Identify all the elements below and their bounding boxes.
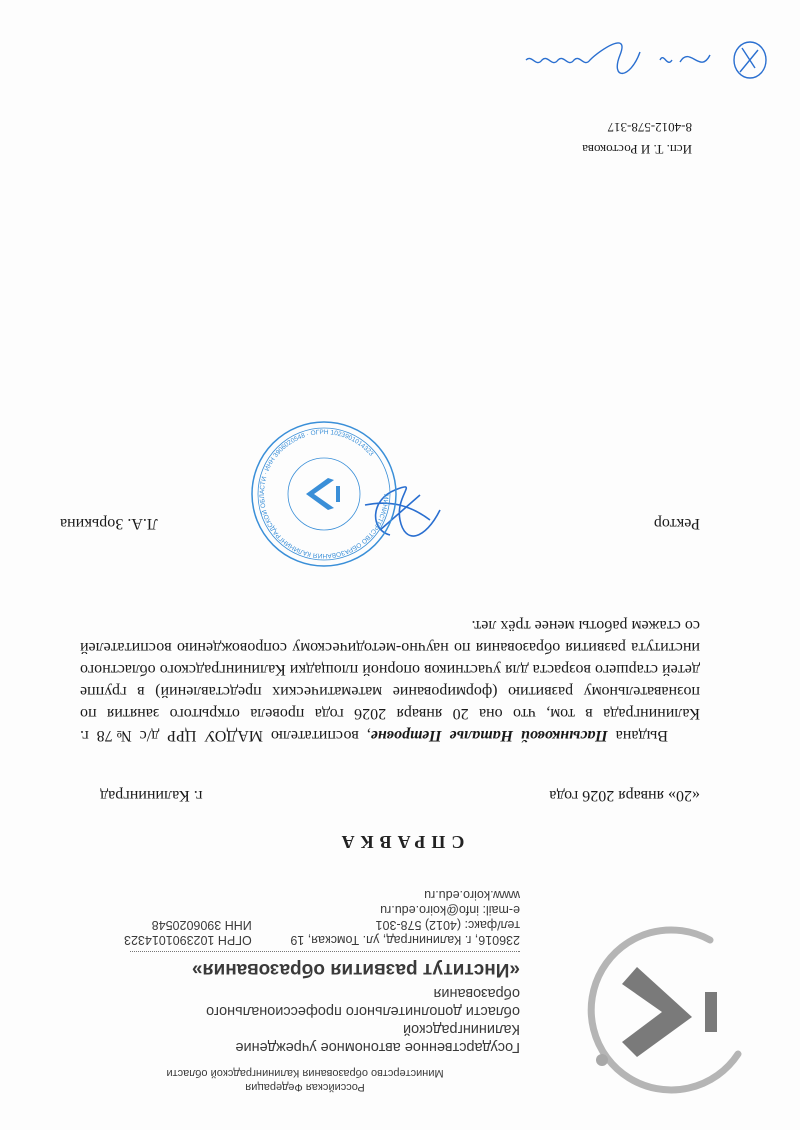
body-text: , воспитателю МАДОУ ЦРР д/с №78 г. Калин… <box>80 617 700 744</box>
header-divider <box>130 951 520 952</box>
org-line-2: области дополнительного профессиональног… <box>120 984 520 1020</box>
email: e-mail: info@koiro.edu.ru <box>235 902 520 917</box>
document-city: г. Калининград <box>100 786 203 804</box>
phone: тел/факс: (4012) 578-301 <box>252 917 520 932</box>
website: www.koiro.edu.ru <box>235 887 520 902</box>
executor-name: Исп. Т. И Ростокова <box>582 138 692 160</box>
inn: ИНН 3906020548 <box>120 917 252 932</box>
certificate-page: Российская Федерация Министерство образо… <box>0 0 800 1130</box>
body-prefix: Выдана <box>608 727 668 744</box>
ogrn: ОГРН 1023901014323 <box>120 932 252 947</box>
signer-name: Л.А. Зорькина <box>60 514 158 532</box>
executor-phone: 8-4012-578-317 <box>582 116 692 138</box>
date-line: «20» января 2026 года г. Калининград <box>100 786 700 804</box>
address: 236016, г. Калининград, ул. Томская, 19 <box>252 932 520 947</box>
signer-position: Ректор <box>654 514 700 532</box>
org-line-1: Государственное автономное учреждение Ка… <box>120 1020 520 1056</box>
executor-handwritten-signature-icon <box>480 30 780 90</box>
country-name: Российская Федерация <box>120 1080 520 1094</box>
document-title: СПРАВКА <box>0 831 800 852</box>
official-stamp-icon: МИНИСТЕРСТВО ОБРАЗОВАНИЯ КАЛИНИНГРАДСКОЙ… <box>248 418 400 570</box>
certificate-body: Выдана Пасынковой Наталье Петровне, восп… <box>80 614 700 746</box>
document-date: «20» января 2026 года <box>549 786 700 804</box>
letterhead: Российская Федерация Министерство образо… <box>120 887 520 1094</box>
org-name: «Институт развития образования» <box>120 956 520 982</box>
ministry-name: Министерство образования Калининградской… <box>120 1066 520 1080</box>
recipient-name: Пасынковой Наталье Петровне <box>371 727 608 744</box>
institute-logo-icon <box>572 912 772 1112</box>
executor-block: Исп. Т. И Ростокова 8-4012-578-317 <box>582 116 692 160</box>
svg-text:МИНИСТЕРСТВО ОБРАЗОВАНИЯ КАЛИН: МИНИСТЕРСТВО ОБРАЗОВАНИЯ КАЛИНИНГРАДСКОЙ… <box>259 429 389 559</box>
